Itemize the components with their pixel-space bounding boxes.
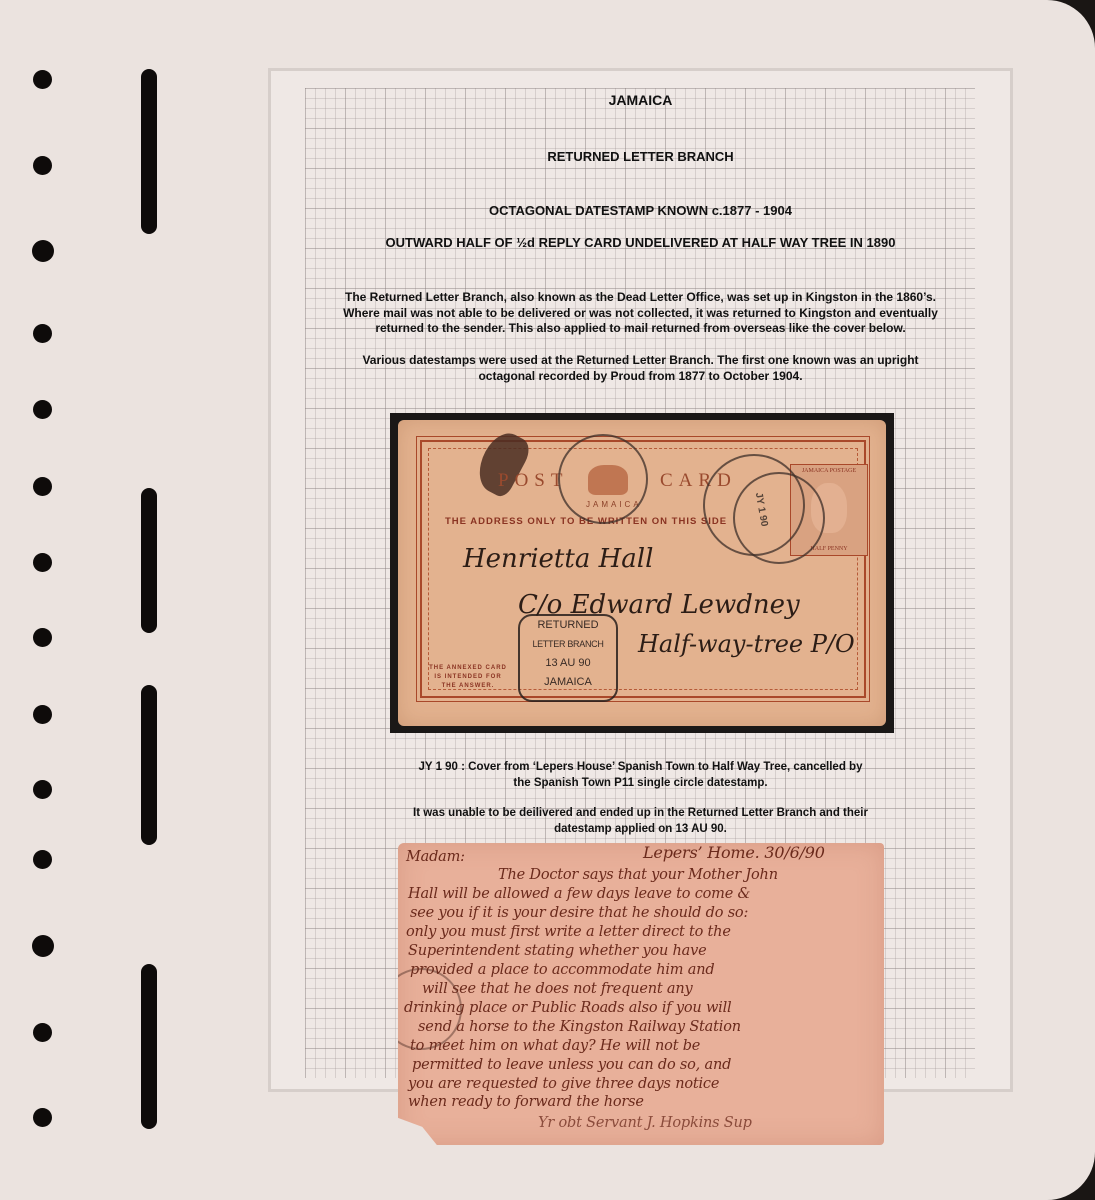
binder-hole (33, 477, 52, 496)
caption-line: It was unable to be deilivered and ended… (268, 806, 1013, 822)
intro-paragraph: The Returned Letter Branch, also known a… (268, 290, 1013, 337)
binder-hole (33, 1023, 52, 1042)
caption-line: JY 1 90 : Cover from ‘Lepers House’ Span… (268, 760, 1013, 776)
letter-header: Lepers’ Home. 30/6/90 (643, 843, 825, 862)
letter-line: The Doctor says that your Mother John (498, 867, 778, 883)
stamp-top-label: JAMAICA POSTAGE (791, 468, 867, 474)
letter-card-image: Madam: Lepers’ Home. 30/6/90 The Doctor … (398, 843, 884, 1145)
binder-hole (33, 70, 52, 89)
annexed-note: THE ANNEXED CARD IS INTENDED FOR THE ANS… (428, 664, 508, 691)
letter-line: drinking place or Public Roads also if y… (404, 1000, 731, 1016)
intro-line: The Returned Letter Branch, also known a… (268, 290, 1013, 306)
intro-line: Where mail was not able to be delivered … (268, 306, 1013, 322)
heading-card: OUTWARD HALF OF ½d REPLY CARD UNDELIVERE… (268, 235, 1013, 250)
intro-line: returned to the sender. This also applie… (268, 321, 1013, 337)
postmark-spanish-town (558, 434, 648, 524)
returned-letter-branch-stamp: RETURNED LETTER BRANCH 13 AU 90 JAMAICA (518, 614, 618, 702)
note-line: octagonal recorded by Proud from 1877 to… (268, 369, 1013, 385)
letter-line: you are requested to give three days not… (408, 1076, 719, 1092)
address-care-of: C/o Edward Lewdney (518, 590, 800, 620)
postcard-image: POST CARD JAMAICA THE ADDRESS ONLY TO BE… (398, 420, 886, 726)
binder-hole (32, 240, 54, 262)
letter-line: permitted to leave unless you can do so,… (412, 1057, 731, 1073)
binder-hole (33, 780, 52, 799)
binder-hole (33, 1108, 52, 1127)
binder-slot (141, 964, 157, 1129)
caption: JY 1 90 : Cover from ‘Lepers House’ Span… (268, 760, 1013, 791)
datestamps-paragraph: Various datestamps were used at the Retu… (268, 353, 1013, 384)
heading-datestamp: OCTAGONAL DATESTAMP KNOWN c.1877 - 1904 (268, 203, 1013, 218)
binder-hole (33, 553, 52, 572)
letter-line: only you must first write a letter direc… (406, 924, 731, 940)
binder-hole (33, 705, 52, 724)
letter-line: Superintendent stating whether you have (408, 943, 706, 959)
letter-signature: Yr obt Servant J. Hopkins Sup (538, 1115, 752, 1131)
binder-hole (33, 324, 52, 343)
letter-salutation: Madam: (406, 849, 465, 865)
caption-line: datestamp applied on 13 AU 90. (268, 822, 1013, 838)
binder-slot (141, 488, 157, 633)
letter-line: send a horse to the Kingston Railway Sta… (418, 1019, 741, 1035)
binder-hole (32, 935, 54, 957)
letter-line: when ready to forward the horse (408, 1094, 644, 1110)
letter-line: Hall will be allowed a few days leave to… (408, 886, 750, 902)
letter-line: to meet him on what day? He will not be (410, 1038, 700, 1054)
binder-slot (141, 685, 157, 845)
address-name: Henrietta Hall (463, 544, 653, 574)
postmark-kingston-2 (733, 472, 825, 564)
letter-line: see you if it is your desire that he sho… (410, 905, 748, 921)
letter-line: will see that he does not frequent any (422, 981, 693, 997)
binder-hole (33, 628, 52, 647)
caption-line: the Spanish Town P11 single circle dates… (268, 776, 1013, 792)
binder-hole (33, 156, 52, 175)
address-place: Half-way-tree P/O (638, 630, 855, 658)
binder-slot (141, 69, 157, 234)
page-title: JAMAICA (268, 92, 1013, 108)
album-page: JAMAICA RETURNED LETTER BRANCH OCTAGONAL… (0, 0, 1095, 1200)
binder-hole (33, 400, 52, 419)
letter-line: provided a place to accommodate him and (410, 962, 714, 978)
binder-hole (33, 850, 52, 869)
caption-2: It was unable to be deilivered and ended… (268, 806, 1013, 837)
page-subtitle: RETURNED LETTER BRANCH (268, 149, 1013, 164)
note-line: Various datestamps were used at the Retu… (268, 353, 1013, 369)
